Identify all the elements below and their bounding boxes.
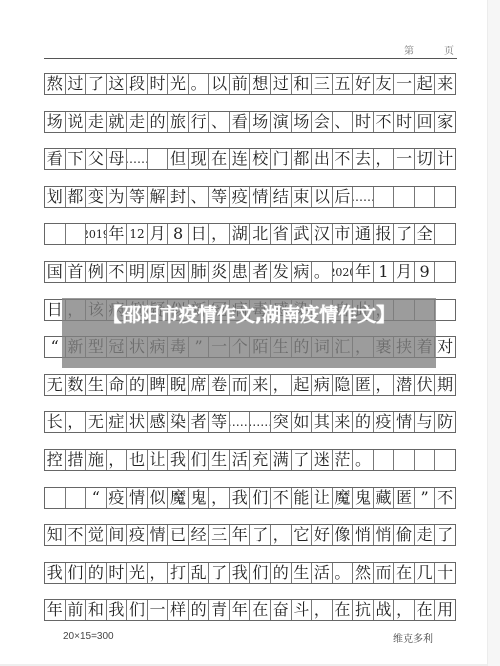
grid-row: 场说走就走的旅行、看场演场会、时不时回家: [44, 111, 456, 133]
grid-cell: 无: [45, 375, 66, 395]
grid-cell: ，: [312, 600, 333, 620]
grid-cell: 让: [312, 488, 333, 508]
grid-cell: 打: [168, 563, 189, 583]
grid-cell: 藏: [374, 488, 395, 508]
grid-cell: 似: [148, 488, 169, 508]
grid-cell: 疫: [127, 525, 148, 545]
grid-cell: 在: [394, 563, 415, 583]
grid-cell: 来: [333, 412, 354, 432]
grid-row: 国首例不明原因肺炎患者发病。2020年1月9: [44, 261, 456, 283]
grid-cell: 活: [312, 563, 333, 583]
grid-cell: 控: [45, 450, 66, 470]
grid-cell: 报: [374, 224, 395, 244]
grid-cell: 生: [86, 375, 107, 395]
grid-cell: ，: [107, 450, 128, 470]
grid-cell: 生: [292, 563, 313, 583]
grid-cell: 后: [333, 187, 354, 207]
grid-cell: 父: [86, 149, 107, 169]
grid-cell: 时: [394, 112, 415, 132]
grid-cell: 这: [107, 74, 128, 94]
grid-cell: 熬: [45, 74, 66, 94]
grid-cell: 年: [45, 600, 66, 620]
grid-cell: 我: [45, 563, 66, 583]
grid-cell: ，: [271, 375, 292, 395]
grid-row: 划都变为等解封、等疫情结束以后……: [44, 186, 456, 208]
grid-cell: 们: [250, 488, 271, 508]
grid-cell: 了: [435, 525, 455, 545]
grid-cell: 疫: [230, 187, 251, 207]
grid-cell: 场: [45, 112, 66, 132]
grid-cell: 。: [312, 262, 333, 282]
grid-cell: ，: [374, 149, 395, 169]
grid-cell: 了: [209, 563, 230, 583]
grid-cell: 让: [148, 450, 169, 470]
grid-cell: 偷: [394, 525, 415, 545]
grid-cell: 回: [415, 112, 436, 132]
grid-cell: 我: [107, 600, 128, 620]
grid-cell: 了: [394, 224, 415, 244]
grid-cell: 状: [127, 412, 148, 432]
grid-cell: 战: [374, 600, 395, 620]
grid-cell: 席: [189, 375, 210, 395]
grid-cell: 计: [435, 149, 455, 169]
grid-cell: 年: [230, 600, 251, 620]
grid-cell: 青: [209, 600, 230, 620]
grid-cell: 情: [394, 412, 415, 432]
grid-cell: 走: [86, 112, 107, 132]
grid-cell: 如: [292, 412, 313, 432]
grid-row: 知不觉间疫情已经三年了，它好像悄悄偷走了: [44, 524, 456, 546]
grid-cell: 们: [127, 600, 148, 620]
grid-cell: 时: [353, 112, 374, 132]
grid-cell: 奋: [271, 600, 292, 620]
grid-cell: 年: [353, 262, 374, 282]
grid-cell: 来: [250, 375, 271, 395]
grid-cell: 迷: [312, 450, 333, 470]
grid-cell: ”: [415, 488, 436, 508]
grid-cell: 国: [45, 262, 66, 282]
grid-cell: 几: [415, 563, 436, 583]
grid-cell: 一: [148, 600, 169, 620]
grid-cell: 在: [250, 600, 271, 620]
grid-cell: 知: [45, 525, 66, 545]
grid-cell: 市: [333, 224, 354, 244]
grid-cell: 充: [250, 450, 271, 470]
grid-cell: 发: [271, 262, 292, 282]
grid-cell: 匿: [394, 488, 415, 508]
grid-cell: 解: [148, 187, 169, 207]
grid-cell: 睥: [148, 375, 169, 395]
grid-cell: 。: [333, 563, 354, 583]
brand-label: 维克多利: [393, 630, 433, 645]
grid-cell: 睨: [168, 375, 189, 395]
grid-cell: 疫: [374, 412, 395, 432]
grid-cell: 连: [230, 149, 251, 169]
grid-cell: 场: [250, 112, 271, 132]
grid-cell: 2019: [86, 224, 107, 244]
grid-cell: 1: [374, 262, 395, 282]
grid-cell: 的: [189, 600, 210, 620]
grid-cell: 不: [66, 525, 87, 545]
grid-cell: 不: [333, 149, 354, 169]
grid-cell: 突: [271, 412, 292, 432]
grid-cell: 月: [394, 262, 415, 282]
grid-cell: 的: [148, 112, 169, 132]
grid-count-label: 20×15=300: [63, 631, 114, 642]
grid-cell: 光: [127, 563, 148, 583]
grid-cell: 十: [435, 563, 455, 583]
grid-cell: ……: [250, 412, 271, 432]
grid-cell: 2020: [333, 262, 354, 282]
grid-cell: 想: [250, 74, 271, 94]
grid-cell: 我: [168, 450, 189, 470]
grid-cell: 武: [292, 224, 313, 244]
grid-cell: 已: [168, 525, 189, 545]
grid-cell: 过: [66, 74, 87, 94]
grid-cell: 情: [148, 525, 169, 545]
grid-cell: 的: [127, 375, 148, 395]
grid-cell: ，: [148, 563, 169, 583]
grid-cell: 等: [209, 187, 230, 207]
grid-cell: 像: [333, 525, 354, 545]
grid-cell: 演: [271, 112, 292, 132]
grid-cell: 情: [127, 488, 148, 508]
grid-cell: 例: [86, 262, 107, 282]
grid-cell: 经: [189, 525, 210, 545]
page-edge: [487, 0, 500, 666]
grid-cell: 去: [353, 149, 374, 169]
grid-cell: 汉: [312, 224, 333, 244]
grid-cell: 说: [66, 112, 87, 132]
grid-cell: 年: [230, 525, 251, 545]
grid-cell: 匿: [353, 375, 374, 395]
grid-cell: [435, 300, 455, 320]
grid-cell: 悄: [353, 525, 374, 545]
grid-cell: 对: [435, 337, 455, 357]
article-title[interactable]: 【邵阳市疫情作文,湖南疫情作文】: [62, 302, 436, 328]
grid-cell: 9: [415, 262, 436, 282]
grid-cell: 施: [86, 450, 107, 470]
grid-cell: 但: [168, 149, 189, 169]
grid-cell: [415, 450, 436, 470]
grid-cell: [374, 450, 395, 470]
grid-cell: 过: [271, 74, 292, 94]
grid-cell: [374, 187, 395, 207]
grid-cell: 前: [230, 74, 251, 94]
grid-cell: 数: [66, 375, 87, 395]
grid-cell: [45, 224, 66, 244]
grid-cell: [66, 488, 87, 508]
grid-cell: 看: [230, 112, 251, 132]
grid-cell: “: [86, 488, 107, 508]
grid-cell: 走: [415, 525, 436, 545]
grid-cell: 等: [209, 412, 230, 432]
grid-cell: 都: [292, 149, 313, 169]
grid-cell: 抗: [353, 600, 374, 620]
grid-cell: 了: [292, 450, 313, 470]
grid-cell: 和: [292, 74, 313, 94]
grid-cell: 染: [168, 412, 189, 432]
grid-cell: ，: [66, 412, 87, 432]
grid-cell: 因: [168, 262, 189, 282]
page-label-di: 第: [404, 42, 414, 57]
grid-cell: 潜: [394, 375, 415, 395]
grid-cell: 日: [189, 224, 210, 244]
grid-cell: 症: [107, 412, 128, 432]
grid-cell: 会: [312, 112, 333, 132]
grid-cell: 防: [435, 412, 455, 432]
header-rule: [44, 58, 457, 59]
grid-cell: 的: [86, 563, 107, 583]
grid-cell: 三: [312, 74, 333, 94]
grid-cell: 时: [107, 563, 128, 583]
grid-cell: 看: [45, 149, 66, 169]
grid-cell: 而: [230, 375, 251, 395]
grid-cell: 月: [148, 224, 169, 244]
grid-cell: 以: [209, 74, 230, 94]
grid-cell: 魔: [333, 488, 354, 508]
grid-cell: 斗: [292, 600, 313, 620]
grid-cell: 8: [168, 224, 189, 244]
grid-cell: 无: [86, 412, 107, 432]
grid-cell: 卷: [209, 375, 230, 395]
grid-cell: 患: [230, 262, 251, 282]
grid-cell: 的: [271, 563, 292, 583]
grid-cell: 在: [209, 149, 230, 169]
grid-cell: 起: [415, 74, 436, 94]
grid-cell: 一: [394, 149, 415, 169]
grid-cell: [435, 450, 455, 470]
grid-cell: 期: [435, 375, 455, 395]
grid-row: 年前和我们一样的青年在奋斗，在抗战，在用: [44, 599, 456, 621]
grid-cell: 不: [107, 262, 128, 282]
grid-cell: 伏: [415, 375, 436, 395]
grid-cell: 现: [189, 149, 210, 169]
grid-cell: 行: [189, 112, 210, 132]
grid-cell: ，: [209, 224, 230, 244]
grid-cell: 12: [127, 224, 148, 244]
grid-cell: ，: [209, 488, 230, 508]
grid-cell: 生: [209, 450, 230, 470]
grid-cell: 其: [312, 412, 333, 432]
grid-cell: 用: [435, 600, 455, 620]
grid-row: 熬过了这段时光。以前想过和三五好友一起来: [44, 73, 456, 95]
grid-cell: 疫: [107, 488, 128, 508]
grid-cell: 措: [66, 450, 87, 470]
grid-cell: 光: [168, 74, 189, 94]
grid-row: 2019年12月8日，湖北省武汉市通报了全: [44, 223, 456, 245]
grid-cell: ……: [127, 149, 148, 169]
page-label-ye: 页: [444, 42, 454, 57]
grid-cell: 了: [86, 74, 107, 94]
grid-cell: 而: [374, 563, 395, 583]
grid-cell: 它: [292, 525, 313, 545]
grid-cell: [435, 187, 455, 207]
grid-cell: 、: [333, 112, 354, 132]
grid-cell: [435, 224, 455, 244]
grid-cell: 和: [86, 600, 107, 620]
grid-cell: 年: [107, 224, 128, 244]
grid-cell: 一: [394, 74, 415, 94]
grid-cell: 等: [127, 187, 148, 207]
grid-cell: [394, 450, 415, 470]
grid-cell: 满: [271, 450, 292, 470]
grid-cell: 湖: [230, 224, 251, 244]
grid-cell: 、: [189, 187, 210, 207]
grid-cell: 校: [250, 149, 271, 169]
grid-row: 长，无症状感染者等…………突如其来的疫情与防: [44, 411, 456, 433]
grid-cell: 原: [148, 262, 169, 282]
grid-cell: 者: [250, 262, 271, 282]
grid-cell: 家: [435, 112, 455, 132]
grid-cell: [45, 488, 66, 508]
grid-cell: 束: [292, 187, 313, 207]
grid-cell: 通: [353, 224, 374, 244]
grid-cell: 乱: [189, 563, 210, 583]
grid-cell: 们: [66, 563, 87, 583]
grid-cell: 好: [353, 74, 374, 94]
grid-cell: 母: [107, 149, 128, 169]
grid-cell: 以: [312, 187, 333, 207]
grid-row: 看下父母……但现在连校门都出不去，一切计: [44, 148, 456, 170]
grid-cell: 切: [415, 149, 436, 169]
grid-cell: 首: [66, 262, 87, 282]
grid-cell: 结: [271, 187, 292, 207]
grid-cell: 鬼: [189, 488, 210, 508]
grid-cell: 肺: [189, 262, 210, 282]
grid-cell: 下: [66, 149, 87, 169]
grid-cell: 间: [107, 525, 128, 545]
grid-cell: 们: [250, 563, 271, 583]
grid-cell: ……: [230, 412, 251, 432]
grid-cell: 魔: [168, 488, 189, 508]
grid-cell: 省: [271, 224, 292, 244]
grid-row: 无数生命的睥睨席卷而来，起病隐匿，潜伏期: [44, 374, 456, 396]
grid-cell: 命: [107, 375, 128, 395]
grid-cell: 五: [333, 74, 354, 94]
grid-cell: 在: [333, 600, 354, 620]
grid-cell: 来: [435, 74, 455, 94]
grid-cell: 情: [250, 187, 271, 207]
grid-cell: [435, 262, 455, 282]
grid-cell: 病: [312, 375, 333, 395]
grid-cell: 样: [168, 600, 189, 620]
grid-cell: 时: [148, 74, 169, 94]
grid-cell: 、: [209, 112, 230, 132]
grid-cell: 鬼: [353, 488, 374, 508]
grid-cell: 能: [292, 488, 313, 508]
grid-cell: 全: [415, 224, 436, 244]
grid-cell: 都: [66, 187, 87, 207]
grid-cell: 好: [312, 525, 333, 545]
grid-cell: 我: [230, 563, 251, 583]
grid-cell: [415, 187, 436, 207]
grid-cell: 了: [250, 525, 271, 545]
grid-cell: 与: [415, 412, 436, 432]
grid-cell: 友: [374, 74, 395, 94]
grid-cell: 划: [45, 187, 66, 207]
grid-cell: 炎: [209, 262, 230, 282]
grid-cell: 我: [230, 488, 251, 508]
grid-cell: 病: [292, 262, 313, 282]
grid-row: 控措施，也让我们生活充满了迷茫。: [44, 449, 456, 471]
grid-cell: ，: [374, 375, 395, 395]
grid-cell: 为: [107, 187, 128, 207]
grid-cell: 走: [127, 112, 148, 132]
grid-cell: 活: [230, 450, 251, 470]
grid-cell: 长: [45, 412, 66, 432]
grid-cell: 明: [127, 262, 148, 282]
grid-cell: 。: [189, 74, 210, 94]
grid-cell: 不: [435, 488, 455, 508]
grid-cell: 茫: [333, 450, 354, 470]
grid-cell: ……: [353, 187, 374, 207]
grid-cell: 段: [127, 74, 148, 94]
grid-cell: 也: [127, 450, 148, 470]
grid-cell: 三: [209, 525, 230, 545]
grid-cell: 。: [353, 450, 374, 470]
grid-row: “疫情似魔鬼，我们不能让魔鬼藏匿”不: [44, 487, 456, 509]
grid-cell: ，: [394, 600, 415, 620]
grid-cell: 的: [353, 412, 374, 432]
grid-cell: [394, 187, 415, 207]
grid-cell: 感: [148, 412, 169, 432]
grid-cell: 旅: [168, 112, 189, 132]
grid-cell: 觉: [86, 525, 107, 545]
grid-row: 我们的时光，打乱了我们的生活。然而在几十: [44, 562, 456, 584]
grid-cell: 在: [415, 600, 436, 620]
grid-cell: 就: [107, 112, 128, 132]
grid-cell: 悄: [374, 525, 395, 545]
grid-cell: 隐: [333, 375, 354, 395]
grid-cell: 起: [292, 375, 313, 395]
grid-cell: [66, 224, 87, 244]
grid-cell: 出: [312, 149, 333, 169]
grid-cell: 变: [86, 187, 107, 207]
grid-cell: ，: [271, 525, 292, 545]
grid-cell: [148, 149, 169, 169]
grid-cell: 封: [168, 187, 189, 207]
grid-cell: 不: [374, 112, 395, 132]
grid-cell: 不: [271, 488, 292, 508]
grid-cell: 前: [66, 600, 87, 620]
grid-cell: 北: [250, 224, 271, 244]
grid-cell: 场: [292, 112, 313, 132]
grid-cell: 者: [189, 412, 210, 432]
grid-cell: 们: [189, 450, 210, 470]
grid-cell: 门: [271, 149, 292, 169]
grid-cell: 然: [353, 563, 374, 583]
